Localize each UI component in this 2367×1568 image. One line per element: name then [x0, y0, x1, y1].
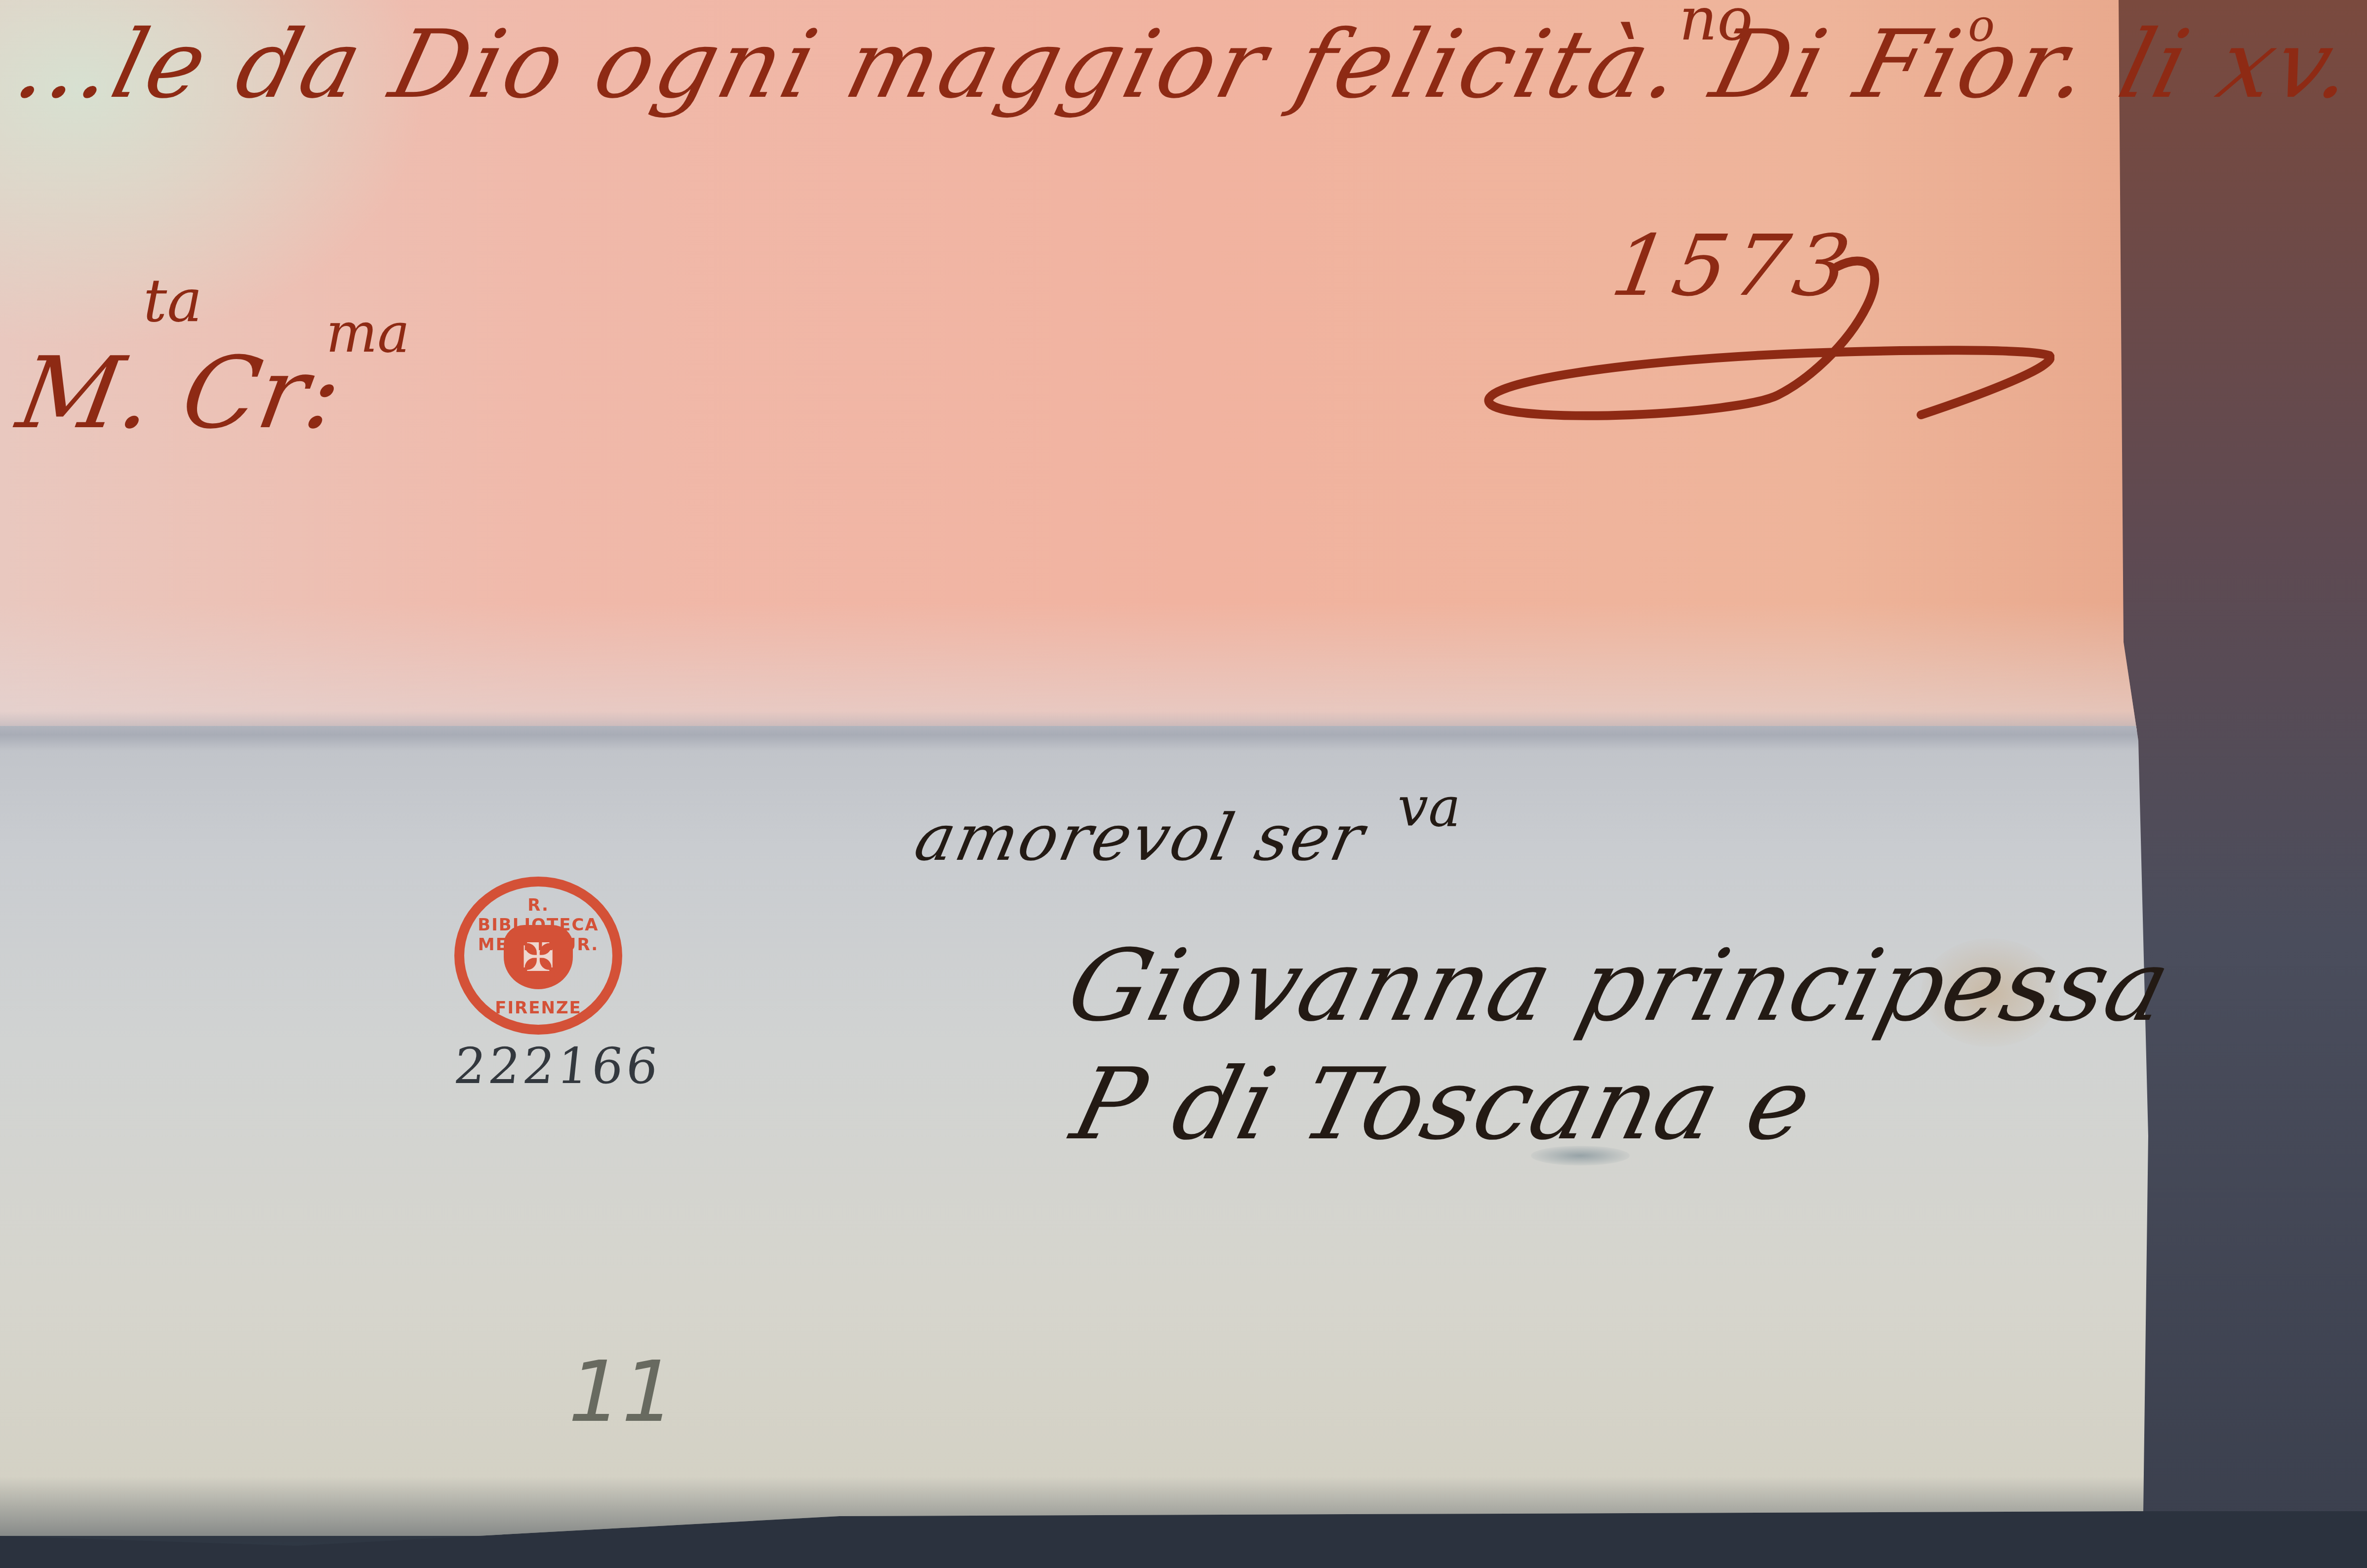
signature-line-2: P di Toscana e	[1062, 1047, 1823, 1162]
signature-text: di Toscana	[1162, 1047, 1731, 1162]
signature-line-1: Giovanna principessa	[1057, 928, 2182, 1044]
document-photo: …le da Dio ogni maggior felicità. Di Fio…	[0, 0, 2367, 1568]
salutation-superscript-ta: ta	[143, 267, 202, 335]
date-superscript: no	[1679, 0, 1753, 54]
fold-line	[0, 711, 2148, 751]
stamp-text-bottom: FIRENZE	[464, 998, 612, 1018]
year-flourish-icon	[1462, 237, 2054, 425]
letter-body-text: …le da Dio ogni maggior felicità. Di Fio…	[5, 10, 2103, 119]
stamp-text-top: R. BIBLIOTECA MED. LAUR.	[464, 895, 612, 955]
month-superscript: o	[1968, 0, 1995, 52]
library-stamp: R. BIBLIOTECA MED. LAUR. ✠ FIRENZE	[454, 877, 622, 1035]
salutation: M. Cr:	[10, 336, 350, 451]
inventory-number: 222166	[451, 1037, 664, 1095]
closing-formula: amorevol ser	[909, 800, 1372, 875]
letter-text-line-1: …le da Dio ogni maggior felicità. Di Fio…	[5, 10, 2367, 119]
folio-mark: 11	[558, 1343, 685, 1441]
letter-date-fragment: li xv. di Giug	[2109, 10, 2367, 119]
closing-superscript: va	[1398, 775, 1461, 839]
mount-board	[2114, 0, 2367, 1568]
